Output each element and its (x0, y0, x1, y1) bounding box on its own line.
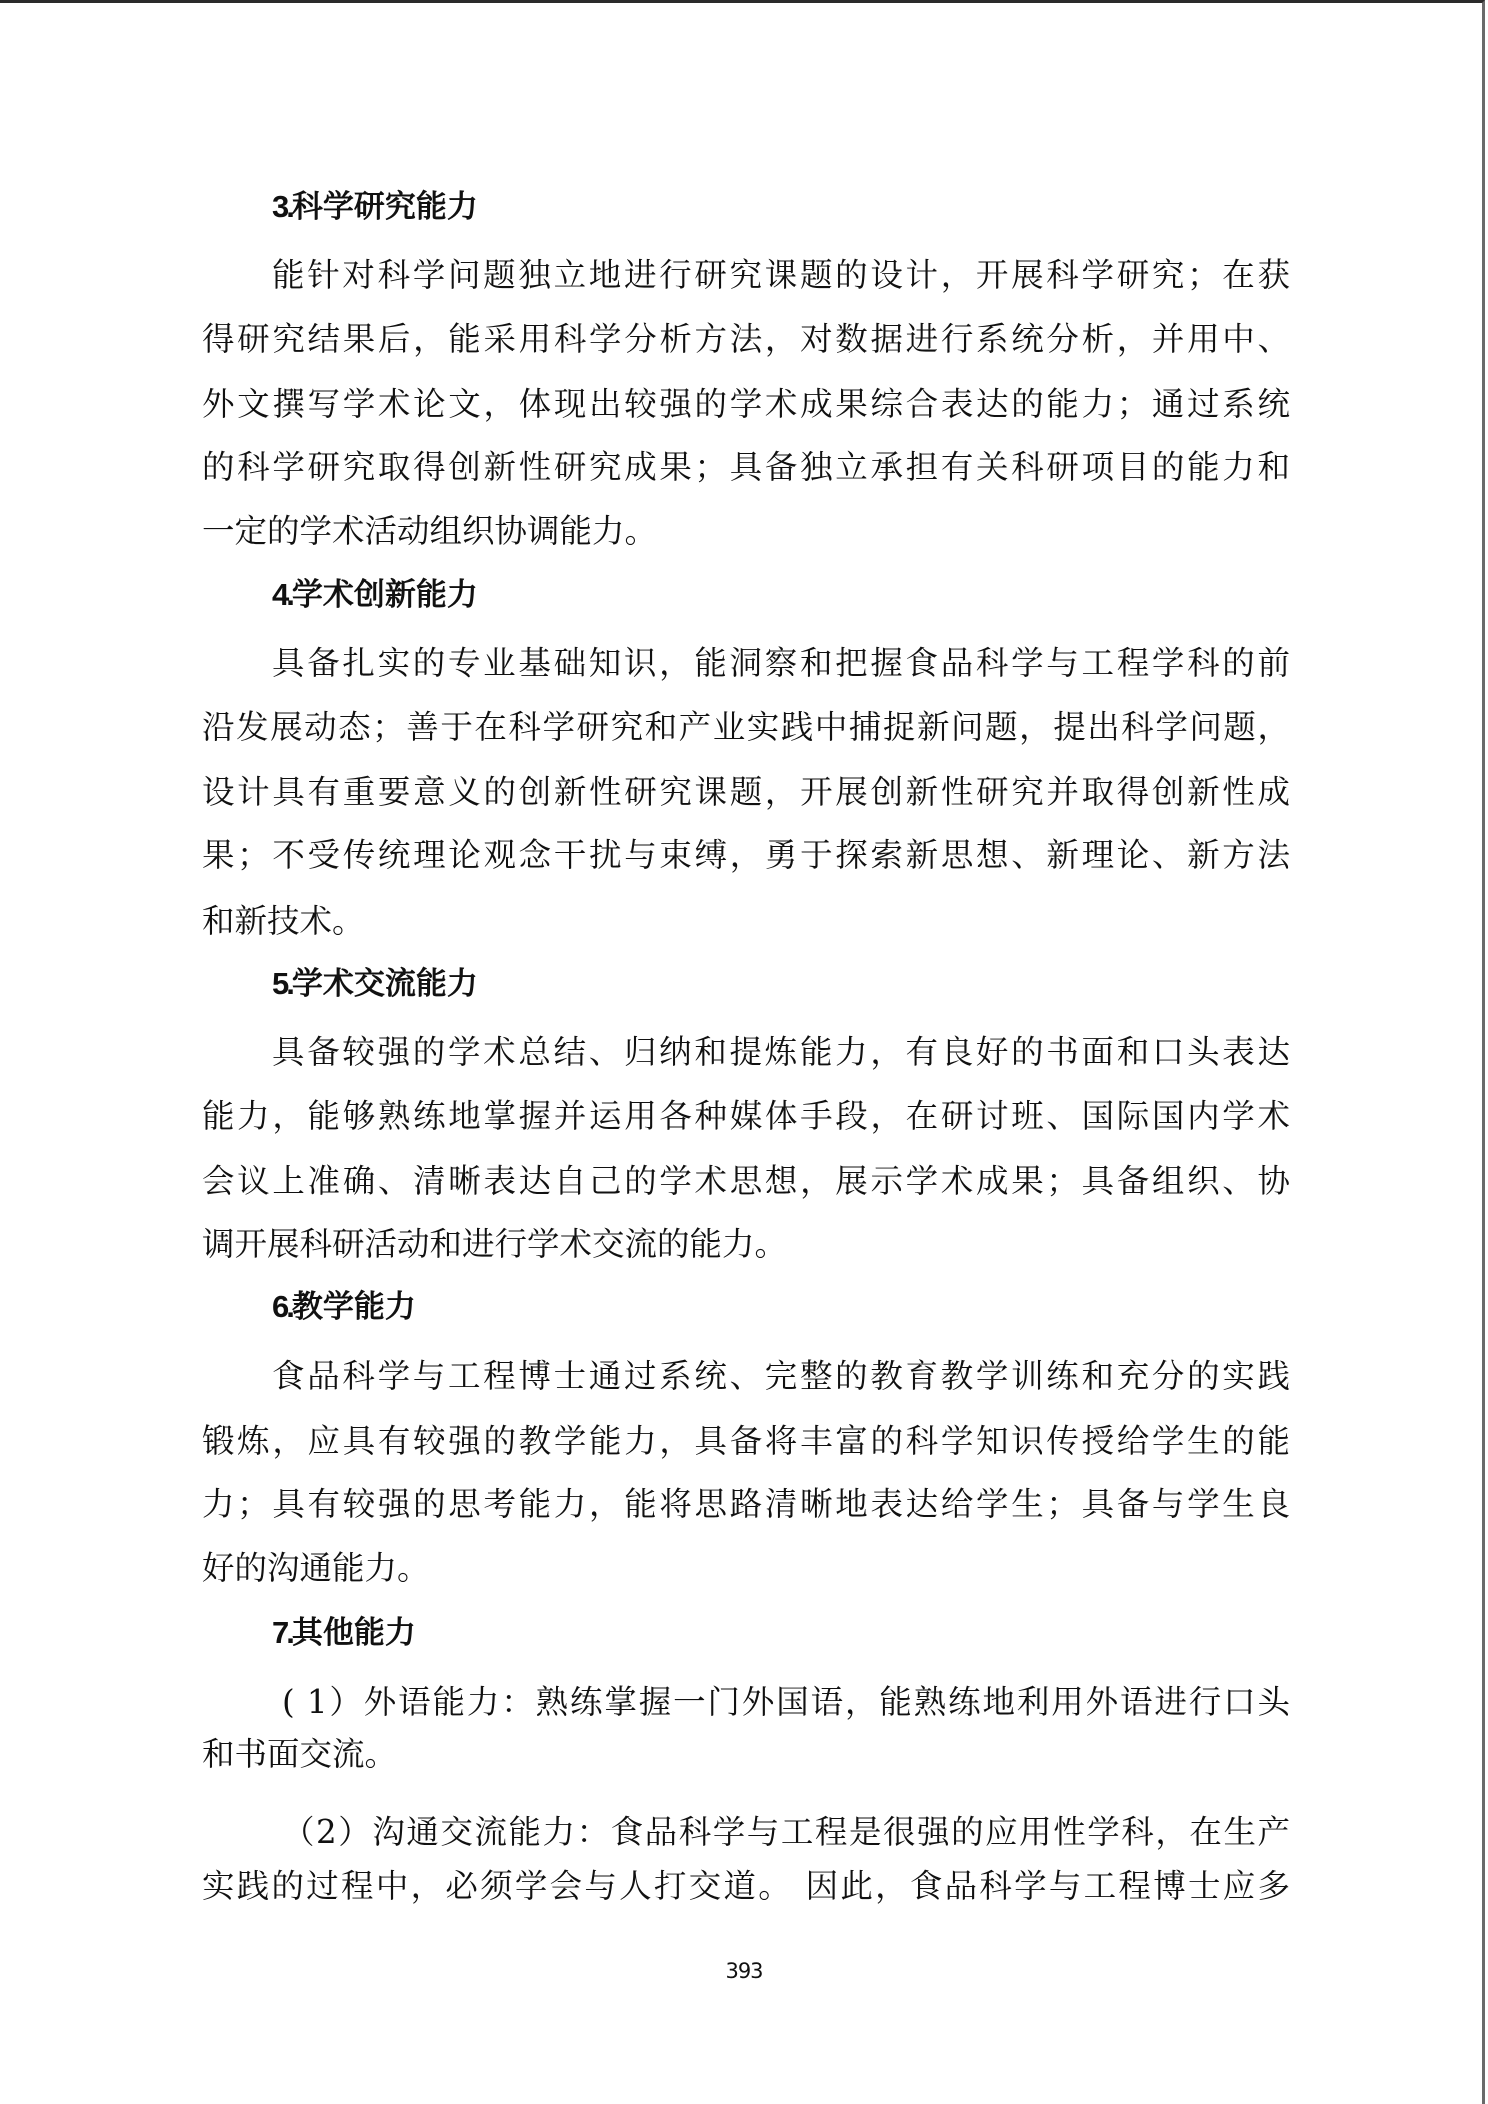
paragraph-line: 沿发展动态；善于在科学研究和产业实践中捕捉新问题，提出科学问题， (202, 705, 1290, 749)
paragraph-line: ( 1）外语能力：熟练掌握一门外国语，能熟练地利用外语进行口头 (282, 1680, 1290, 1724)
paragraph-line: 和新技术。 (202, 899, 1290, 943)
page-number: 393 (0, 1959, 1488, 1983)
paragraph-line: 能力，能够熟练地掌握并运用各种媒体手段，在研讨班、国际国内学术 (202, 1094, 1290, 1138)
section-title: 教学能力 (292, 1289, 416, 1325)
paragraph-line: 力；具有较强的思考能力，能将思路清晰地表达给学生；具备与学生良 (202, 1482, 1290, 1526)
paragraph-line: 具备扎实的专业基础知识，能洞察和把握食品科学与工程学科的前 (272, 641, 1290, 685)
paragraph-line: 外文撰写学术论文，体现出较强的学术成果综合表达的能力；通过系统 (202, 382, 1290, 426)
paragraph-line: 果；不受传统理论观念干扰与束缚，勇于探索新思想、新理论、新方法 (202, 833, 1290, 877)
section-title: 学术创新能力 (292, 577, 478, 613)
paragraph-line: 能针对科学问题独立地进行研究课题的设计，开展科学研究；在获 (272, 253, 1290, 297)
section-number: 7. (272, 1615, 292, 1650)
section-number: 5. (272, 966, 292, 1001)
section-heading: 5.学术交流能力 (272, 964, 478, 1004)
paragraph-line: 食品科学与工程博士通过系统、完整的教育教学训练和充分的实践 (272, 1354, 1290, 1398)
section-title: 科学研究能力 (292, 189, 478, 225)
section-heading: 3.科学研究能力 (272, 187, 478, 227)
section-title: 学术交流能力 (292, 966, 478, 1002)
paragraph-line: 和书面交流。 (202, 1732, 1290, 1776)
paragraph-line: 一定的学术活动组织协调能力。 (202, 509, 1290, 553)
section-number: 6. (272, 1289, 292, 1324)
paragraph-line: 实践的过程中，必须学会与人打交道。 因此，食品科学与工程博士应多 (202, 1864, 1290, 1908)
section-number: 3. (272, 189, 292, 224)
section-heading: 7.其他能力 (272, 1613, 416, 1653)
section-heading: 6.教学能力 (272, 1287, 416, 1327)
paragraph-line: 锻炼，应具有较强的教学能力，具备将丰富的科学知识传授给学生的能 (202, 1419, 1290, 1463)
paragraph-line: （2）沟通交流能力：食品科学与工程是很强的应用性学科，在生产 (282, 1810, 1290, 1854)
section-number: 4. (272, 577, 292, 612)
document-page: 3.科学研究能力 能针对科学问题独立地进行研究课题的设计，开展科学研究；在获 得… (0, 0, 1485, 2104)
paragraph-line: 的科学研究取得创新性研究成果；具备独立承担有关科研项目的能力和 (202, 445, 1290, 489)
section-heading: 4.学术创新能力 (272, 575, 478, 615)
paragraph-line: 得研究结果后，能采用科学分析方法，对数据进行系统分析，并用中、 (202, 317, 1290, 361)
paragraph-line: 具备较强的学术总结、归纳和提炼能力，有良好的书面和口头表达 (272, 1030, 1290, 1074)
paragraph-line: 调开展科研活动和进行学术交流的能力。 (202, 1222, 1290, 1266)
section-title: 其他能力 (292, 1615, 416, 1651)
paragraph-line: 设计具有重要意义的创新性研究课题，开展创新性研究并取得创新性成 (202, 770, 1290, 814)
paragraph-line: 好的沟通能力。 (202, 1546, 1290, 1590)
paragraph-line: 会议上准确、清晰表达自己的学术思想，展示学术成果；具备组织、协 (202, 1159, 1290, 1203)
